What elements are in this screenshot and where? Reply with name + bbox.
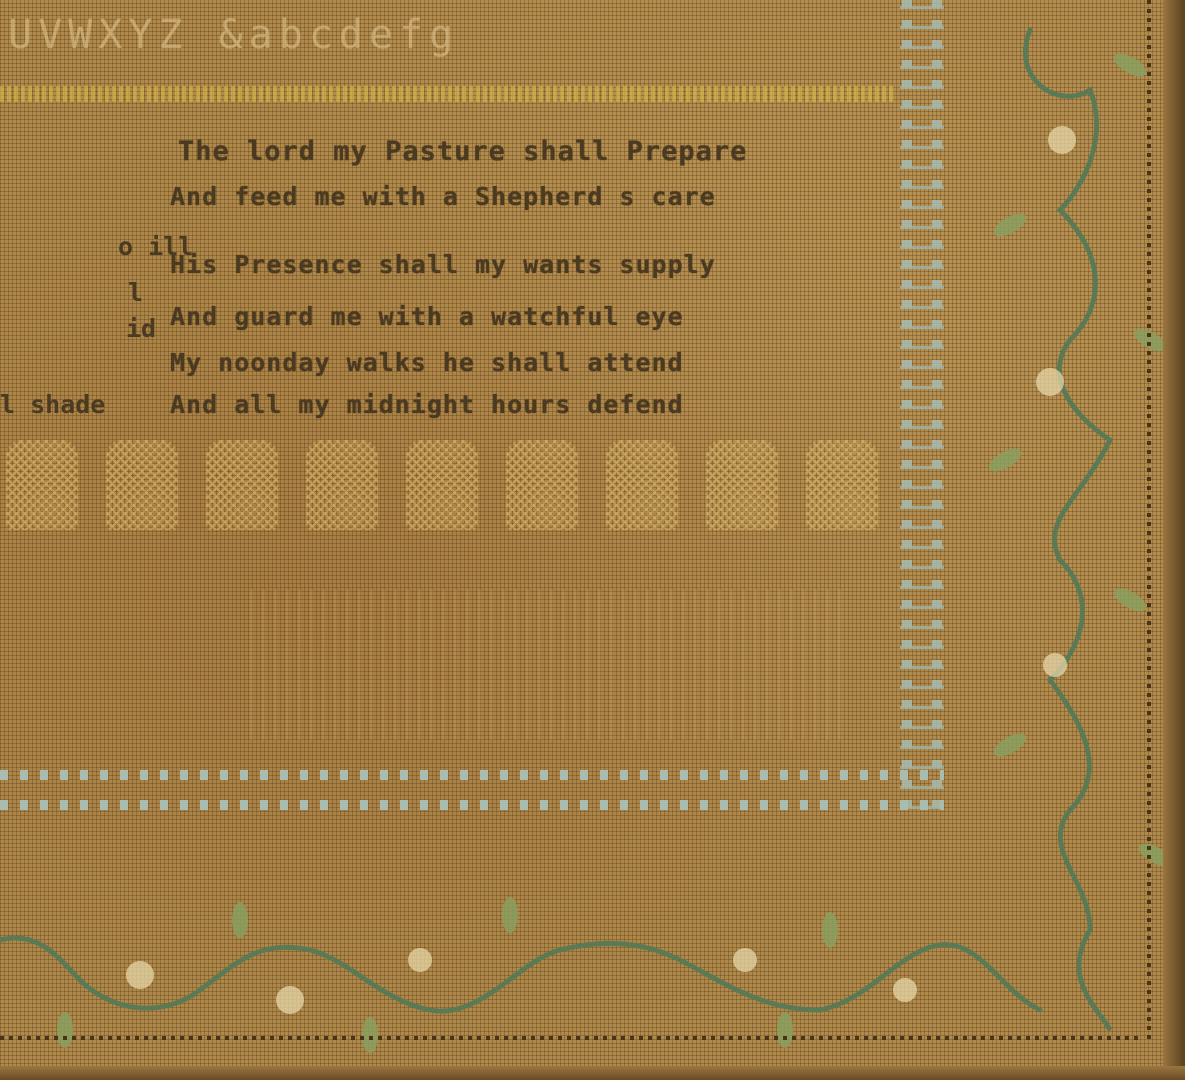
- fabric-edge-right: [1163, 0, 1185, 1080]
- fabric-edge-bottom: [0, 1066, 1185, 1080]
- vine-border-icon: [0, 0, 1185, 1080]
- hem-stitching-right: [1147, 0, 1151, 1040]
- hem-stitching-bottom: [0, 1036, 1140, 1040]
- sampler-photo: UVWXYZ &abcdefg The lord my Pasture shal…: [0, 0, 1185, 1080]
